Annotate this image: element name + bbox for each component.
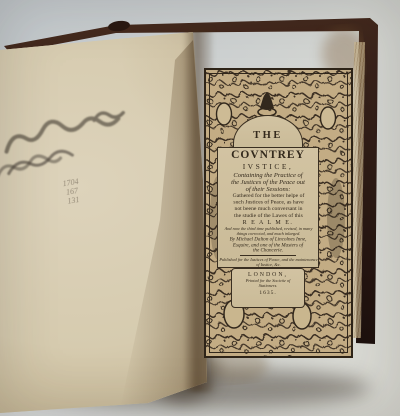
gathered-line: not beene much conversant in [218,206,318,213]
imprint-printer-line: Stationers. [232,284,304,289]
title-word-justice: IVSTICE, [218,162,318,172]
imprint-city: LONDON, [232,271,304,279]
divider-rule [240,255,296,256]
edition-line: And now the third time published, revise… [218,227,318,232]
title-word-countrey: COVNTREY [218,149,318,162]
gathered-line: the studie of the Lawes of this [218,213,318,220]
edition-note: And now the third time published, revise… [218,227,318,237]
dedication-note: Published for the Iustices of Peace, and… [218,258,318,268]
book-photo: 1704 167 131 [0,0,400,416]
engraved-border-plate: THE COVNTREY IVSTICE, Containing the Pra… [204,68,353,358]
subtitle-line: Containing the Practice of [218,172,318,179]
title-arch-cartouche: THE [233,115,303,149]
realme-line: R E A L M E. [218,220,318,227]
subtitle-line: the Justices of the Peace out [218,179,318,186]
title-word-the: THE [234,116,302,141]
gathered-line: Gathered for the better helpe of [218,193,318,200]
author-statement: By Michael Dalton of Lincolnes Inne, Esq… [218,237,318,254]
subtitle-line: of their Sessions: [218,186,318,193]
author-line: Esquire, and one of the Masters of [218,242,318,248]
gathered-paragraph: Gathered for the better helpe of such Ju… [218,193,318,220]
penned-numerals: 1704 167 131 [50,175,94,208]
author-line: the Chancerie. [218,248,318,254]
edition-line: things corrected, and much inlarged. [218,232,318,237]
author-line: By Michael Dalton of Lincolnes Inne, [218,237,318,243]
title-text-cartouche: COVNTREY IVSTICE, Containing the Practic… [217,147,319,268]
imprint-year: 1635. [232,289,304,297]
imprint-printer: Printed for the Societie of Stationers. [232,279,304,289]
imprint-cartouche: LONDON, Printed for the Societie of Stat… [231,268,305,308]
gathered-line: such Justices of Peace, as have [218,200,318,207]
